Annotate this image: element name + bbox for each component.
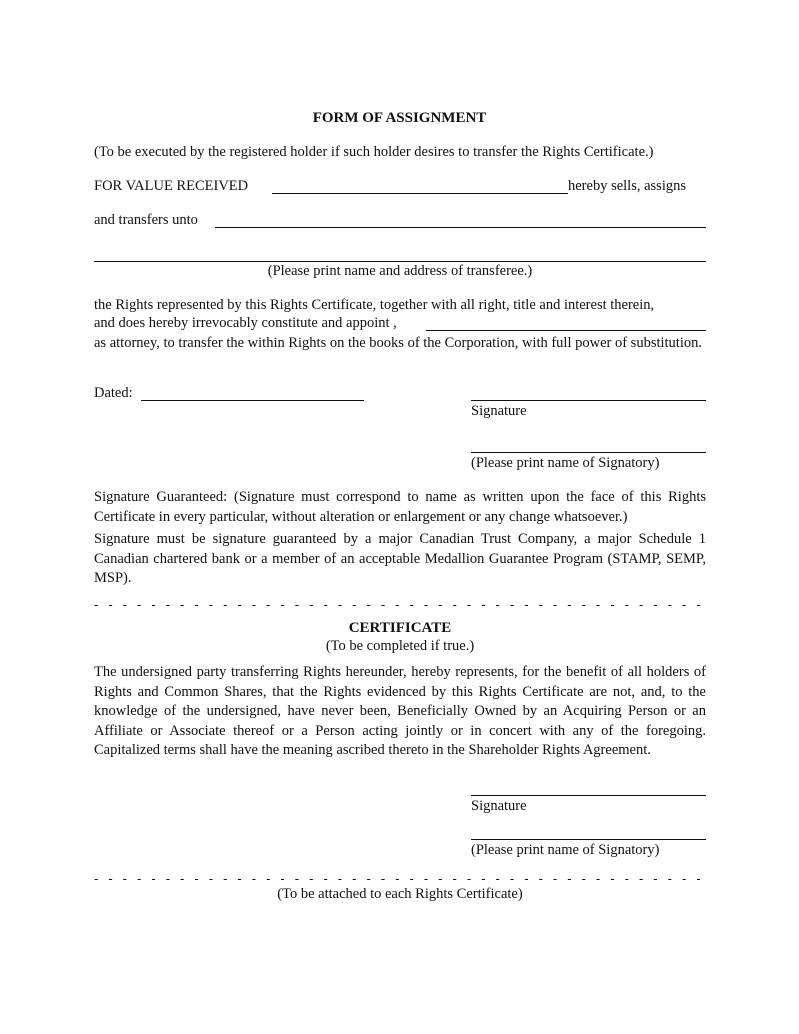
attach-note: (To be attached to each Rights Certifica… — [94, 886, 706, 903]
guarantee-requirement-text: Signature must be signature guaranteed b… — [94, 530, 706, 589]
signature-guaranteed-text: Signature Guaranteed: (Signature must co… — [94, 488, 706, 527]
certificate-title: CERTIFICATE — [94, 620, 706, 637]
form-title: FORM OF ASSIGNMENT — [0, 110, 799, 127]
date-field[interactable] — [141, 400, 364, 401]
signature-label: Signature — [471, 403, 527, 420]
certificate-signature-label: Signature — [471, 798, 527, 815]
transferee-caption: (Please print name and address of transf… — [94, 263, 706, 280]
dated-label: Dated: — [94, 385, 133, 402]
certificate-print-name-field[interactable] — [471, 839, 706, 840]
signature-field[interactable] — [471, 400, 706, 401]
footer-cut-line: - - - - - - - - - - - - - - - - - - - - … — [94, 871, 706, 886]
transfers-unto-label: and transfers unto — [94, 212, 198, 229]
cut-line-separator: - - - - - - - - - - - - - - - - - - - - … — [94, 597, 706, 612]
print-name-field[interactable] — [471, 452, 706, 453]
appoint-label: and does hereby irrevocably constitute a… — [94, 315, 397, 332]
sells-assigns-label: hereby sells, assigns — [568, 178, 686, 195]
attorney-paragraph: as attorney, to transfer the within Righ… — [94, 334, 706, 354]
certificate-print-name-label: (Please print name of Signatory) — [471, 842, 659, 859]
certificate-subtitle: (To be completed if true.) — [94, 638, 706, 655]
assignor-field[interactable] — [272, 193, 568, 194]
transferee-field[interactable] — [215, 227, 706, 228]
attorney-field[interactable] — [426, 330, 706, 331]
certificate-body: The undersigned party transferring Right… — [94, 663, 706, 761]
rights-line-1: the Rights represented by this Rights Ce… — [94, 296, 706, 316]
for-value-label: FOR VALUE RECEIVED — [94, 178, 248, 195]
transferee-address-field[interactable] — [94, 261, 706, 262]
instruction-text: (To be executed by the registered holder… — [94, 144, 653, 161]
certificate-signature-field[interactable] — [471, 795, 706, 796]
print-name-label: (Please print name of Signatory) — [471, 455, 659, 472]
